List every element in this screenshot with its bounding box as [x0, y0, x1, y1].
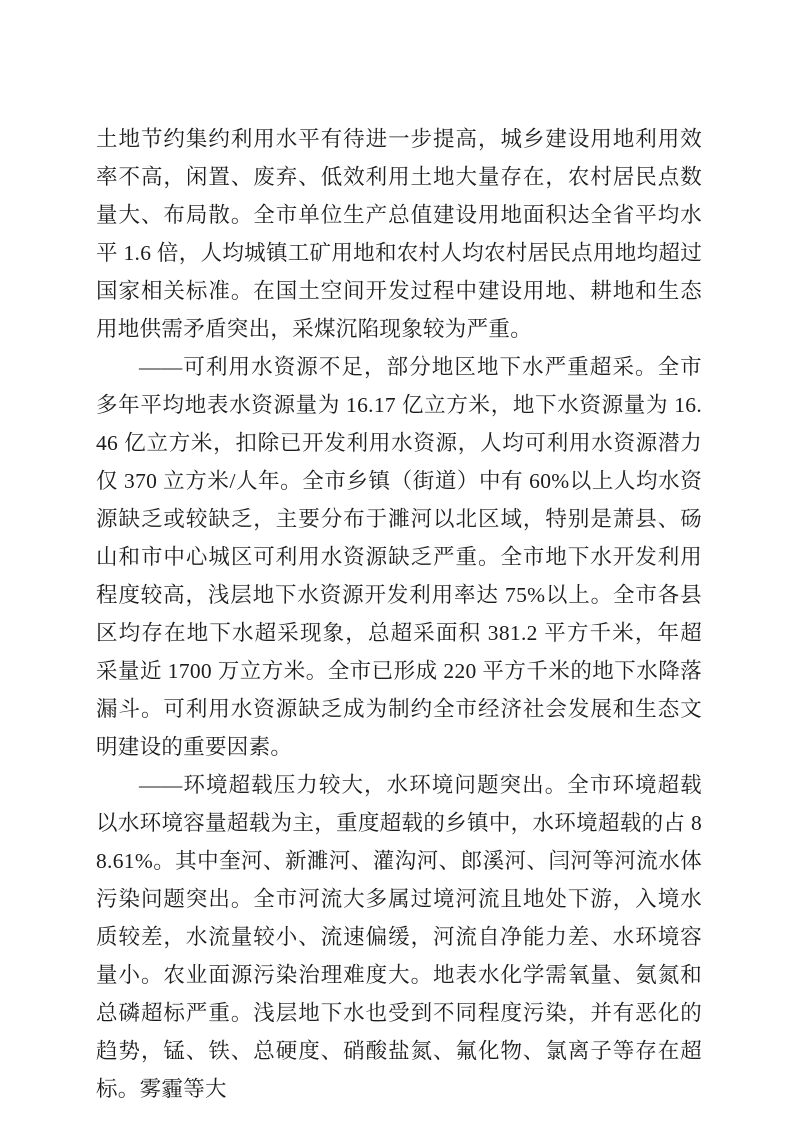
paragraph-land-use: 土地节约集约利用水平有待进一步提高，城乡建设用地利用效率不高，闲置、废弃、低效利…: [96, 120, 702, 348]
paragraph-water-resources: ——可利用水资源不足，部分地区地下水严重超采。全市多年平均地表水资源量为 16.…: [96, 348, 702, 766]
document-text-block: 土地节约集约利用水平有待进一步提高，城乡建设用地利用效率不高，闲置、废弃、低效利…: [96, 120, 702, 1108]
document-page: 土地节约集约利用水平有待进一步提高，城乡建设用地利用效率不高，闲置、废弃、低效利…: [0, 0, 793, 1122]
paragraph-environment-overload: ——环境超载压力较大，水环境问题突出。全市环境超载以水环境容量超载为主，重度超载…: [96, 766, 702, 1108]
